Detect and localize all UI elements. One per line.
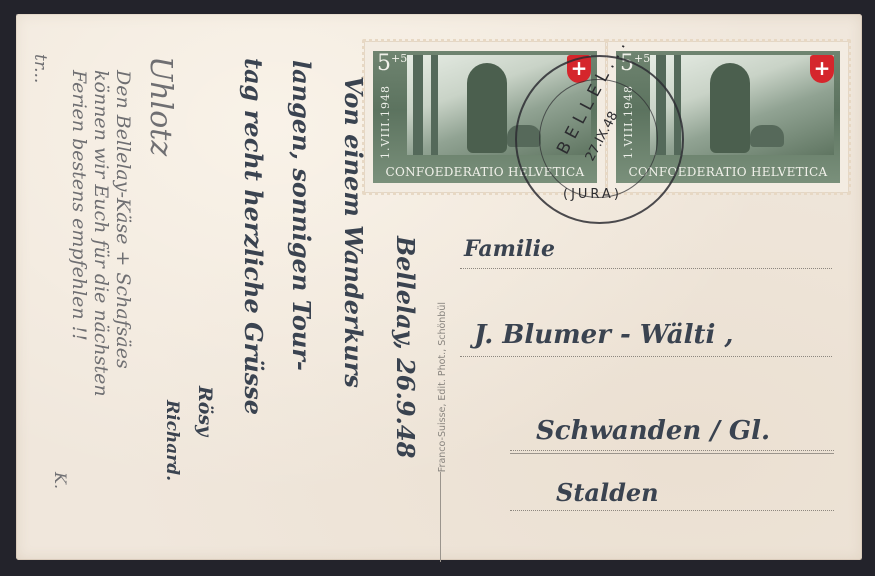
signature-1: Rösy xyxy=(194,386,216,436)
pencil-heading: Uhlotz xyxy=(143,56,178,156)
postmark-region: (JURA) xyxy=(563,187,622,202)
address-line-1: Familie xyxy=(464,236,555,262)
address-rule-4 xyxy=(510,510,834,511)
ink-line-2: langen, sonnigen Tour- xyxy=(287,60,316,371)
center-divider xyxy=(440,472,441,562)
signature-2: Richard. xyxy=(162,400,182,481)
address-rule-3 xyxy=(510,450,834,451)
pencil-line-3: Ferien bestens empfehlen !! xyxy=(68,70,90,341)
swiss-cross-icon: + xyxy=(810,55,834,83)
postcard-back: 5+5 1.VIII.1948 + CONFOEDERATIO HELVETIC… xyxy=(16,14,862,560)
soldier-figure xyxy=(467,63,507,153)
address-rule-1 xyxy=(460,268,832,269)
pencil-note-top: tr... xyxy=(30,54,50,83)
ink-line-3: tag recht herzliche Grüsse xyxy=(239,58,268,415)
address-line-3: Schwanden / Gl. xyxy=(536,416,770,446)
address-line-2: J. Blumer - Wälti , xyxy=(474,320,733,350)
dog-figure xyxy=(750,125,784,147)
stamp-value: 5+5 xyxy=(377,53,407,75)
ink-line-1: Von einem Wanderkurs xyxy=(339,76,368,388)
pencil-initial: K. xyxy=(51,472,70,489)
address-line-4: Stalden xyxy=(556,478,659,507)
publisher-imprint: Franco-Suisse, Edit. Phot., Schönbül xyxy=(437,302,448,472)
ink-place-date: Bellelay, 26.9.48 xyxy=(391,236,420,458)
address-underline xyxy=(510,453,834,454)
postmark-cancellation: BELLEL... 27.IX.48 (JURA) xyxy=(515,55,684,224)
stamp-date: 1.VIII.1948 xyxy=(379,85,392,159)
address-rule-2 xyxy=(460,356,832,357)
soldier-figure xyxy=(710,63,750,153)
pencil-line-1: Den Bellelay-Käse + Schafsäes xyxy=(112,70,134,369)
pencil-line-2: können wir Euch für die nächsten xyxy=(90,70,112,397)
